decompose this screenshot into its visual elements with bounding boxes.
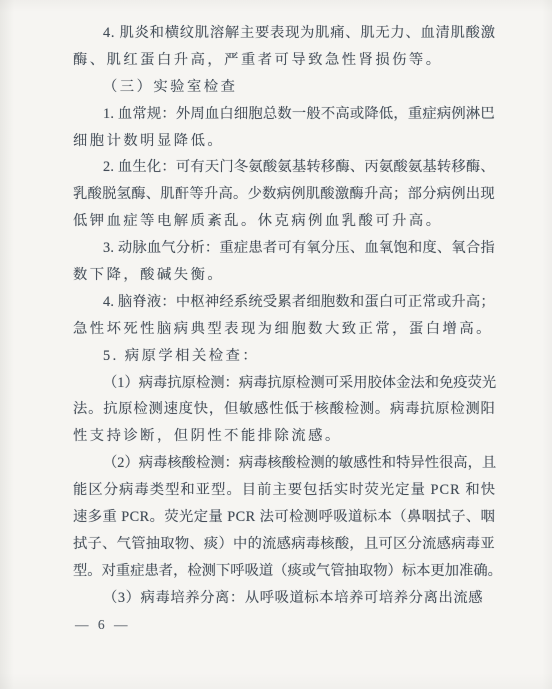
body-text-line: 3. 动脉血气分析：重症患者可有氧分压、血氧饱和度、氧合指 xyxy=(73,235,495,262)
body-text-line: 急性坏死性脑病典型表现为细胞数大致正常，蛋白增高。 xyxy=(73,316,495,343)
body-text-line: 拭子、气管抽取物、痰）中的流感病毒核酸，且可区分流感病毒亚 xyxy=(73,531,495,558)
body-text-line: （1）病毒抗原检测：病毒抗原检测可采用胶体金法和免疫荧光 xyxy=(73,370,495,397)
body-text-line: 1. 血常规：外周血白细胞总数一般不高或降低，重症病例淋巴 xyxy=(73,101,495,128)
body-text-line: 4. 肌炎和横纹肌溶解主要表现为肌痛、肌无力、血清肌酸激 xyxy=(73,20,495,47)
body-text-line: 细胞计数明显降低。 xyxy=(73,128,495,155)
body-text-line: （2）病毒核酸检测：病毒核酸检测的敏感性和特异性很高，且 xyxy=(73,450,495,477)
body-text-line: 5. 病原学相关检查： xyxy=(73,343,495,370)
body-text-line: 速多重 PCR。荧光定量 PCR 法可检测呼吸道标本（鼻咽拭子、咽 xyxy=(73,504,495,531)
body-text-line: 法。抗原检测速度快，但敏感性低于核酸检测。病毒抗原检测阳 xyxy=(73,396,495,423)
body-text-line: 数下降，酸碱失衡。 xyxy=(73,262,495,289)
body-text-line: 酶、肌红蛋白升高，严重者可导致急性肾损伤等。 xyxy=(73,47,495,74)
body-text-line: 型。对重症患者，检测下呼吸道（痰或气管抽取物）标本更加准确。 xyxy=(73,558,495,585)
body-text-line: 低钾血症等电解质紊乱。休克病例血乳酸可升高。 xyxy=(73,208,495,235)
body-text-line: 4. 脑脊液：中枢神经系统受累者细胞数和蛋白可正常或升高； xyxy=(73,289,495,316)
body-text-line: （三）实验室检查 xyxy=(73,74,495,101)
text-block: 4. 肌炎和横纹肌溶解主要表现为肌痛、肌无力、血清肌酸激酶、肌红蛋白升高，严重者… xyxy=(73,20,495,638)
body-text-line: 乳酸脱氢酶、肌酐等升高。少数病例肌酸激酶升高；部分病例出现 xyxy=(73,181,495,208)
body-text-line: 性支持诊断，但阴性不能排除流感。 xyxy=(73,423,495,450)
body-text-line: （3）病毒培养分离：从呼吸道标本培养可培养分离出流感 xyxy=(73,585,495,612)
page-number: — 6 — xyxy=(73,612,495,639)
body-text-line: 2. 血生化：可有天门冬氨酸氨基转移酶、丙氨酸氨基转移酶、 xyxy=(73,154,495,181)
scanned-document-page: 4. 肌炎和横纹肌溶解主要表现为肌痛、肌无力、血清肌酸激酶、肌红蛋白升高，严重者… xyxy=(0,0,552,689)
body-text-line: 能区分病毒类型和亚型。目前主要包括实时荧光定量 PCR 和快 xyxy=(73,477,495,504)
